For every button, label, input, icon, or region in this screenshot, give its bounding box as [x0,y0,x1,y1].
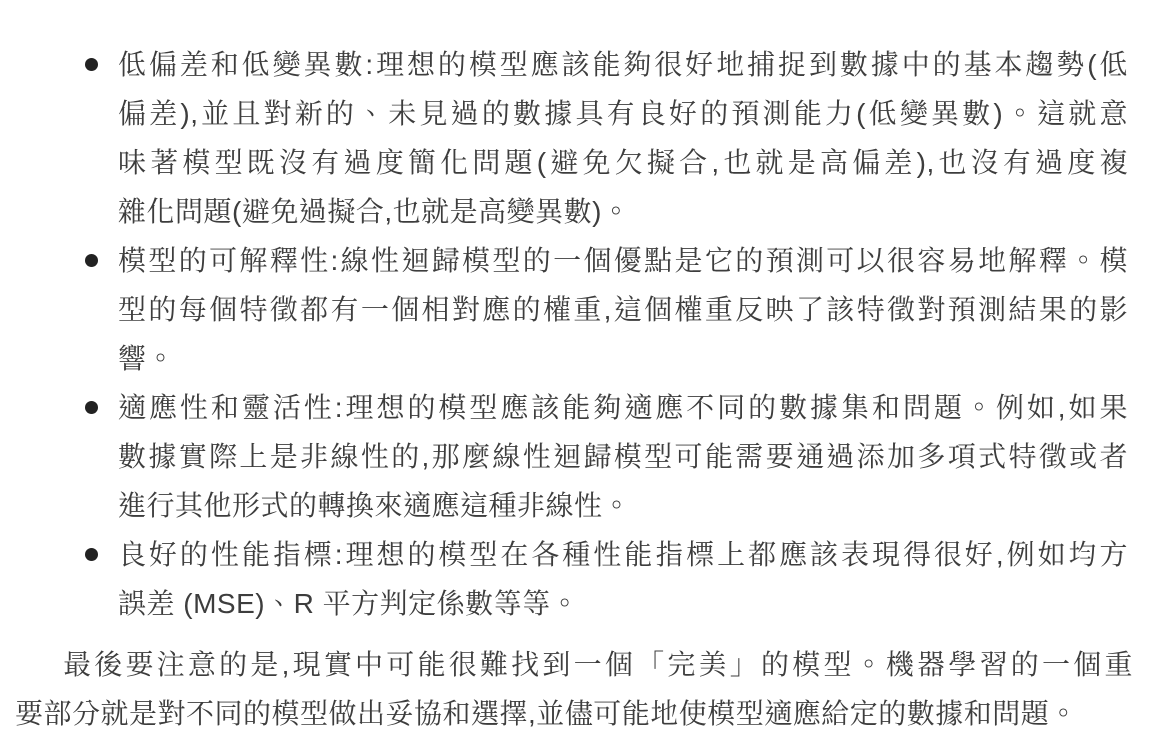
bullet-icon [85,401,98,414]
bullet-text: 良好的性能指標:理想的模型在各種性能指標上都應該表現得很好,例如均方 誤差 (M… [118,530,1128,628]
text-line: 味著模型既沒有過度簡化問題(避免欠擬合,也就是高偏差),也沒有過度複 [118,138,1128,187]
document-page: 低偏差和低變異數:理想的模型應該能夠很好地捕捉到數據中的基本趨勢(低 偏差),並… [0,0,1158,744]
text-line: 誤差 (MSE)、R 平方判定係數等等。 [118,579,1128,628]
bullet-icon [85,254,98,267]
bullet-text: 低偏差和低變異數:理想的模型應該能夠很好地捕捉到數據中的基本趨勢(低 偏差),並… [118,40,1128,236]
text-line: 雜化問題(避免過擬合,也就是高變異數)。 [118,187,1128,236]
closing-paragraph: 最後要注意的是,現實中可能很難找到一個「完美」的模型。機器學習的一個重 要部分就… [15,640,1133,738]
text-line: 進行其他形式的轉換來適應這種非線性。 [118,481,1128,530]
text-line: 偏差),並且對新的、未見過的數據具有良好的預測能力(低變異數)。這就意 [118,89,1128,138]
text-line: 數據實際上是非線性的,那麼線性迴歸模型可能需要通過添加多項式特徵或者 [118,432,1128,481]
page-content: 低偏差和低變異數:理想的模型應該能夠很好地捕捉到數據中的基本趨勢(低 偏差),並… [0,0,1158,738]
text-line: 模型的可解釋性:線性迴歸模型的一個優點是它的預測可以很容易地解釋。模 [118,236,1128,285]
bullet-icon [85,548,98,561]
text-line: 響。 [118,334,1128,383]
paragraph-line: 要部分就是對不同的模型做出妥協和選擇,並儘可能地使模型適應給定的數據和問題。 [15,689,1133,738]
bullet-item-bias-variance: 低偏差和低變異數:理想的模型應該能夠很好地捕捉到數據中的基本趨勢(低 偏差),並… [0,40,1158,236]
bullet-item-performance-metrics: 良好的性能指標:理想的模型在各種性能指標上都應該表現得很好,例如均方 誤差 (M… [0,530,1158,628]
text-line: 適應性和靈活性:理想的模型應該能夠適應不同的數據集和問題。例如,如果 [118,383,1128,432]
bullet-list: 低偏差和低變異數:理想的模型應該能夠很好地捕捉到數據中的基本趨勢(低 偏差),並… [0,40,1158,628]
text-line: 低偏差和低變異數:理想的模型應該能夠很好地捕捉到數據中的基本趨勢(低 [118,40,1128,89]
bullet-text: 適應性和靈活性:理想的模型應該能夠適應不同的數據集和問題。例如,如果 數據實際上… [118,383,1128,530]
paragraph-line: 最後要注意的是,現實中可能很難找到一個「完美」的模型。機器學習的一個重 [15,640,1133,689]
bullet-item-adaptability: 適應性和靈活性:理想的模型應該能夠適應不同的數據集和問題。例如,如果 數據實際上… [0,383,1158,530]
text-line: 型的每個特徵都有一個相對應的權重,這個權重反映了該特徵對預測結果的影 [118,285,1128,334]
bullet-icon [85,58,98,71]
bullet-item-interpretability: 模型的可解釋性:線性迴歸模型的一個優點是它的預測可以很容易地解釋。模 型的每個特… [0,236,1158,383]
text-line: 良好的性能指標:理想的模型在各種性能指標上都應該表現得很好,例如均方 [118,530,1128,579]
bullet-text: 模型的可解釋性:線性迴歸模型的一個優點是它的預測可以很容易地解釋。模 型的每個特… [118,236,1128,383]
